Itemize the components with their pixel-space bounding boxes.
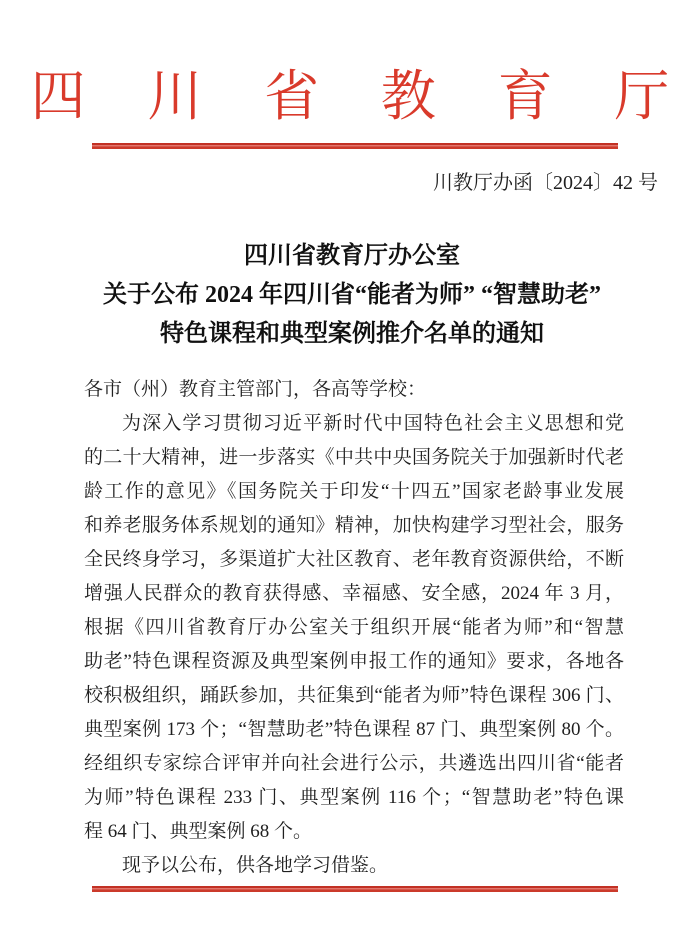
agency-header: 四 川 省 教 育 厅 <box>0 68 700 126</box>
body-line: 助老”特色课程资源及典型案例申报工作的通知》要求，各地各 <box>84 645 624 679</box>
body-line: 和养老服务体系规划的通知》精神，加快构建学习型社会，服务 <box>84 509 624 543</box>
body-line: 全民终身学习，多渠道扩大社区教育、老年教育资源供给，不断 <box>84 543 624 577</box>
body-line: 增强人民群众的教育获得感、幸福感、安全感，2024 年 3 月， <box>84 577 624 611</box>
document-page: 四 川 省 教 育 厅 川教厅办函〔2024〕42 号 四川省教育厅办公室 关于… <box>0 0 700 932</box>
body-line: 经组织专家综合评审并向社会进行公示，共遴选出四川省“能者 <box>84 747 624 781</box>
body-line: 根据《四川省教育厅办公室关于组织开展“能者为师”和“智慧 <box>84 611 624 645</box>
body-line: 的二十大精神，进一步落实《中共中央国务院关于加强新时代老 <box>84 441 624 475</box>
footer-rule <box>92 886 618 892</box>
body-line: 各市（州）教育主管部门，各高等学校： <box>84 373 624 407</box>
body-line: 龄工作的意见》《国务院关于印发“十四五”国家老龄事业发展 <box>84 475 624 509</box>
body-line: 为深入学习贯彻习近平新时代中国特色社会主义思想和党 <box>84 407 624 441</box>
notice-title-line1: 四川省教育厅办公室 <box>82 237 622 276</box>
notice-title: 四川省教育厅办公室 关于公布 2024 年四川省“能者为师” “智慧助老” 特色… <box>82 237 622 354</box>
doc-number: 川教厅办函〔2024〕42 号 <box>433 170 658 196</box>
body-line: 典型案例 173 个；“智慧助老”特色课程 87 门、典型案例 80 个。 <box>84 713 624 747</box>
header-rule <box>92 143 618 149</box>
notice-title-line2: 关于公布 2024 年四川省“能者为师” “智慧助老” <box>82 276 622 315</box>
notice-title-line3: 特色课程和典型案例推介名单的通知 <box>82 315 622 354</box>
body-line: 为师”特色课程 233 门、典型案例 116 个；“智慧助老”特色课 <box>84 781 624 815</box>
body-text: 各市（州）教育主管部门，各高等学校：为深入学习贯彻习近平新时代中国特色社会主义思… <box>84 373 624 883</box>
body-line: 现予以公布，供各地学习借鉴。 <box>84 849 624 883</box>
body-line: 程 64 门、典型案例 68 个。 <box>84 815 624 849</box>
body-line: 校积极组织，踊跃参加，共征集到“能者为师”特色课程 306 门、 <box>84 679 624 713</box>
